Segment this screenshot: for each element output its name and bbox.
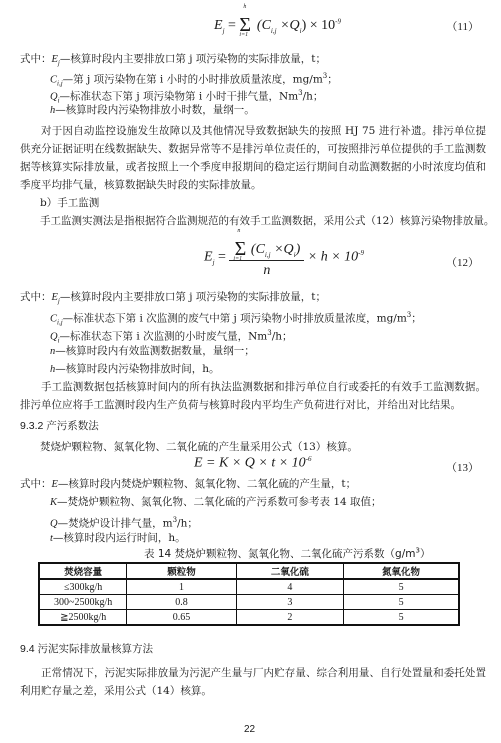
section-b-heading: b）手工监测: [40, 196, 99, 210]
table-14-caption: 表 14 焚烧炉颗粒物、氮氧化物、二氧化硫产污系数（g/m3）: [144, 546, 430, 561]
section-94-heading: 9.4 污泥实际排放量核算方法: [20, 641, 153, 656]
paragraph-manual-data: 手工监测数据包括核算时间内的所有执法监测数据和排污单位自行或委托的有效手工监测数…: [20, 378, 486, 414]
table-header-row: 焚烧容量 颗粒物 二氧化硫 氮氧化物: [39, 563, 459, 579]
table-cell: ≧2500kg/h: [39, 610, 127, 626]
table-cell: 2: [236, 610, 343, 626]
table-cell: ≤300kg/h: [39, 579, 127, 595]
equation-number-11: （11）: [446, 18, 479, 34]
page-number: 22: [244, 724, 255, 735]
paragraph-missing-data: 对于因自动监控设施发生故障以及其他情况导致数据缺失的按照 HJ 75 进行补遗。…: [20, 122, 486, 194]
table-cell: 5: [344, 610, 459, 626]
table-cell: 1: [127, 579, 236, 595]
paragraph-sludge: 正常情况下，污泥实际排放量为污泥产生量与厂内贮存量、综合利用量、自行处置量和委托…: [20, 664, 486, 700]
where-13-line-2: Q—焚烧炉设计排气量，m3/h；: [50, 513, 198, 532]
table-row: 300~2500kg/h 0.8 3 5: [39, 595, 459, 610]
where-12-line-4: h—核算时段内污染物排放时间，h。: [50, 362, 220, 377]
equation-number-13: （13）: [446, 459, 479, 475]
table-cell: 3: [236, 595, 343, 610]
where-12-line-3: n—核算时段内有效监测数据数量，量纲一；: [50, 344, 255, 359]
where-13-line-1: K—焚烧炉颗粒物、氮氧化物、二氧化硫的产污系数可参考表 14 取值；: [50, 495, 382, 510]
paragraph-coef: 焚烧炉颗粒物、氮氧化物、二氧化硫的产生量采用公式（13）核算。: [40, 440, 358, 454]
paragraph-manual: 手工监测实测法是指根据符合监测规范的有效手工监测数据，采用公式（12）核算污染物…: [40, 214, 494, 228]
table-cell: 5: [344, 579, 459, 595]
where-13-line-0: 式中：E—核算时段内焚烧炉颗粒物、氮氧化物、二氧化硫的产生量，t；: [20, 477, 356, 492]
table-cell: 0.65: [127, 610, 236, 626]
where-13-line-3: t—核算时段内运行时间，h。: [50, 531, 186, 546]
where-11-line-3: h—核算时段内污染物排放小时数，量纲一。: [50, 103, 255, 118]
table-row: ≤300kg/h 1 4 5: [39, 579, 459, 595]
table-cell: 300~2500kg/h: [39, 595, 127, 610]
where-12-line-0: 式中：Ej—核算时段内主要排放口第 j 项污染物的实际排放量，t；: [20, 290, 326, 308]
equation-number-12: （12）: [446, 254, 479, 270]
table-cell: 4: [236, 579, 343, 595]
equation-11: Ej = Σ h i=1 (Ci,j ×Qi) × 10-9: [214, 12, 341, 35]
table-header-particulate: 颗粒物: [127, 563, 236, 579]
table-row: ≧2500kg/h 0.65 2 5: [39, 610, 459, 626]
table-header-nox: 氮氧化物: [344, 563, 459, 579]
table-header-so2: 二氧化硫: [236, 563, 343, 579]
section-932-heading: 9.3.2 产污系数法: [20, 418, 99, 433]
equation-13: E = K × Q × t × 10-6: [194, 455, 312, 472]
coefficient-table: 焚烧容量 颗粒物 二氧化硫 氮氧化物 ≤300kg/h 1 4 5 300~25…: [38, 562, 460, 626]
table-cell: 0.8: [127, 595, 236, 610]
table-cell: 5: [344, 595, 459, 610]
table-header-capacity: 焚烧容量: [39, 563, 127, 579]
equation-12: Ej = Σ n i=1 (Ci,j ×Qi) n × h × 10-9: [204, 236, 364, 279]
where-11-line-0: 式中：Ej—核算时段内主要排放口第 j 项污染物的实际排放量，t；: [20, 52, 326, 70]
